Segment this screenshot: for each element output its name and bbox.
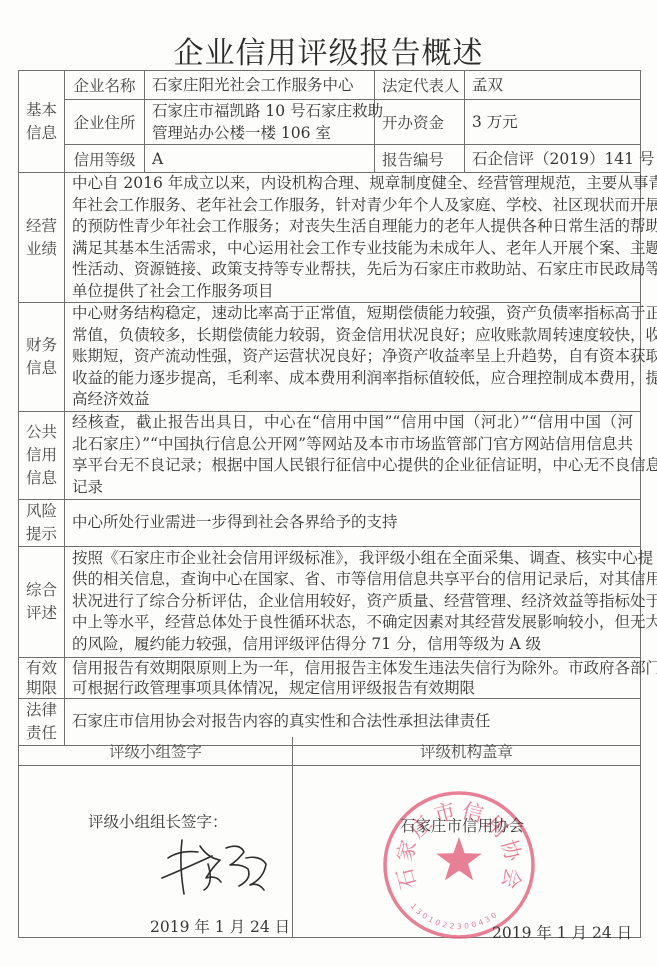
text-line: 信用报告有效期限原则上为一年，信用报告主体发生违法失信行为除外。市政府各部门 [72, 658, 633, 678]
section-label: 综合 评述 [19, 546, 65, 657]
section-label-basic-info: 基本 信息 [19, 71, 65, 173]
star-icon [436, 837, 482, 880]
text-line: 性活动、资源链接、政策支持等专业帮扶，先后为石家庄市救助站、石家庄市民政局等 [72, 259, 633, 281]
text-line: 年社会工作服务、老年社会工作服务，针对青少年个人及家庭、学校、社区现状而开展 [72, 195, 633, 217]
section-business-performance: 经营 业绩 中心自 2016 年成立以来，内设机构合理、规章制度健全、经营管理规… [19, 173, 641, 303]
section-validity-period: 有效 期限 信用报告有效期限原则上为一年，信用报告主体发生违法失信行为除外。市政… [19, 657, 641, 698]
rating-agency-name: 石家庄市信用协会 [400, 814, 524, 836]
section-risk-warning: 风险 提示 中心所处行业需进一步得到社会各界给予的支持 [19, 499, 641, 546]
text-line: 经核查，截止报告出具日，中心在“信用中国”“信用中国（河北）”“信用中国（河 [72, 412, 633, 434]
rating-team-signature-header: 评级小组签字 [19, 737, 293, 765]
text-line: 的预防性青少年社会工作服务；对丧失生活自理能力的老年人提供各种日常生活的帮助， [72, 216, 633, 238]
text-line: 供的相关信息，查询中心在国家、省、市等信用信息共享平台的信用记录后，对其信用 [72, 569, 633, 591]
text-line: 石家庄市信用协会对报告内容的真实性和合法性承担法律责任 [72, 711, 633, 733]
report-table: 基本 信息 企业名称 石家庄阳光社会工作服务中心 法定代表人 孟双 企业住所 石… [18, 70, 641, 746]
rating-agency-seal-header: 评级机构盖章 [293, 737, 641, 765]
report-no-value: 石企信评（2019）141 号 [465, 145, 641, 173]
text-line: 记录 [72, 477, 633, 499]
text-line: 北石家庄）”“中国执行信息公开网”等网站及本市市场监管部门官方网站信用信息共 [72, 434, 633, 456]
section-content: 经核查，截止报告出具日，中心在“信用中国”“信用中国（河北）”“信用中国（河 北… [65, 411, 641, 499]
address-line: 管理站办公楼一楼 106 室 [152, 122, 374, 144]
text-line: 中上等水平，经营总体处于良性循环状态，不确定因素对其经营发展影响较小，但无大 [72, 612, 633, 634]
legal-rep-value: 孟双 [465, 71, 641, 100]
text-line: 账期短，资产流动性强，资产运营状况良好；净资产收益率呈上升趋势，自有资本获取 [72, 346, 633, 368]
label-line: 信息 [19, 122, 64, 145]
text-line: 享平台无不良记录；根据中国人民银行征信中心提供的企业征信证明，中心无不良信息 [72, 455, 633, 477]
capital-label: 开办资金 [375, 100, 465, 145]
text-line: 状况进行了综合分析评估，企业信用较好，资产质量、经营管理、经济效益等指标处于 [72, 591, 633, 613]
section-content: 按照《石家庄市企业社会信用评级标准》，我评级小组在全面采集、调查、核实中心提 供… [65, 546, 641, 657]
section-public-credit-info: 公共 信用 信息 经核查，截止报告出具日，中心在“信用中国”“信用中国（河北）”… [19, 411, 641, 499]
team-leader-signature-prompt: 评级小组组长签字： [88, 810, 228, 832]
legal-rep-label: 法定代表人 [375, 71, 465, 100]
text-line: 常值，负债较多，长期偿债能力较弱，资金信用状况良好；应收账款周转速度较快，收 [72, 325, 633, 347]
address-label: 企业住所 [65, 100, 145, 145]
company-name-label: 企业名称 [65, 71, 145, 100]
text-line: 的风险，履约能力较强，信用评级评估得分 71 分，信用等级为 A 级 [72, 634, 633, 656]
section-financial-info: 财务 信息 中心财务结构稳定，速动比率高于正常值，短期偿债能力较强，资产负债率指… [19, 303, 641, 412]
text-line: 中心财务结构稳定，速动比率高于正常值，短期偿债能力较强，资产负债率指标高于正 [72, 303, 633, 325]
section-overall-review: 综合 评述 按照《石家庄市企业社会信用评级标准》，我评级小组在全面采集、调查、核… [19, 546, 641, 657]
text-line: 单位提供了社会工作服务项目 [72, 281, 633, 303]
capital-value: 3 万元 [465, 100, 641, 145]
handwritten-signature [160, 838, 275, 900]
section-label: 财务 信息 [19, 303, 65, 412]
text-line: 可根据行政管理事项具体情况，规定信用评级报告有效期限 [72, 678, 633, 698]
text-line: 满足其基本生活需求，中心运用社会工作专业技能为未成年人、老年人开展个案、主题 [72, 238, 633, 260]
credit-grade-label: 信用等级 [65, 145, 145, 173]
section-label: 风险 提示 [19, 499, 65, 546]
company-name-value: 石家庄阳光社会工作服务中心 [145, 71, 375, 100]
text-line: 收益的能力逐步提高，毛利率、成本费用利润率指标值较低，应合理控制成本费用，提 [72, 368, 633, 390]
official-seal-stamp: 石家庄市信用协会 1301022300430 [381, 789, 537, 941]
team-signature-date: 2019 年 1 月 24 日 [150, 915, 290, 937]
section-label: 有效 期限 [19, 657, 65, 698]
signature-table: 评级小组签字 评级机构盖章 [18, 737, 641, 938]
text-line: 按照《石家庄市企业社会信用评级标准》，我评级小组在全面采集、调查、核实中心提 [72, 548, 633, 570]
text-line: 中心所处行业需进一步得到社会各界给予的支持 [72, 512, 633, 534]
address-value: 石家庄市福凯路 10 号石家庄救助 管理站办公楼一楼 106 室 [145, 100, 375, 145]
agency-seal-date: 2019 年 1 月 24 日 [492, 921, 632, 943]
report-no-label: 报告编号 [375, 145, 465, 173]
section-content: 中心所处行业需进一步得到社会各界给予的支持 [65, 499, 641, 546]
label-line: 基本 [19, 99, 64, 122]
text-line: 高经济效益 [72, 389, 633, 411]
address-line: 石家庄市福凯路 10 号石家庄救助 [152, 100, 374, 122]
section-label: 公共 信用 信息 [19, 411, 65, 499]
text-line: 中心自 2016 年成立以来，内设机构合理、规章制度健全、经营管理规范，主要从事… [72, 173, 633, 195]
section-content: 中心财务结构稳定，速动比率高于正常值，短期偿债能力较强，资产负债率指标高于正 常… [65, 303, 641, 412]
credit-grade-value: A [145, 145, 375, 173]
section-content: 信用报告有效期限原则上为一年，信用报告主体发生违法失信行为除外。市政府各部门 可… [65, 657, 641, 698]
page-title: 企业信用评级报告概述 [0, 28, 657, 72]
section-label: 经营 业绩 [19, 173, 65, 303]
section-content: 中心自 2016 年成立以来，内设机构合理、规章制度健全、经营管理规范，主要从事… [65, 173, 641, 303]
